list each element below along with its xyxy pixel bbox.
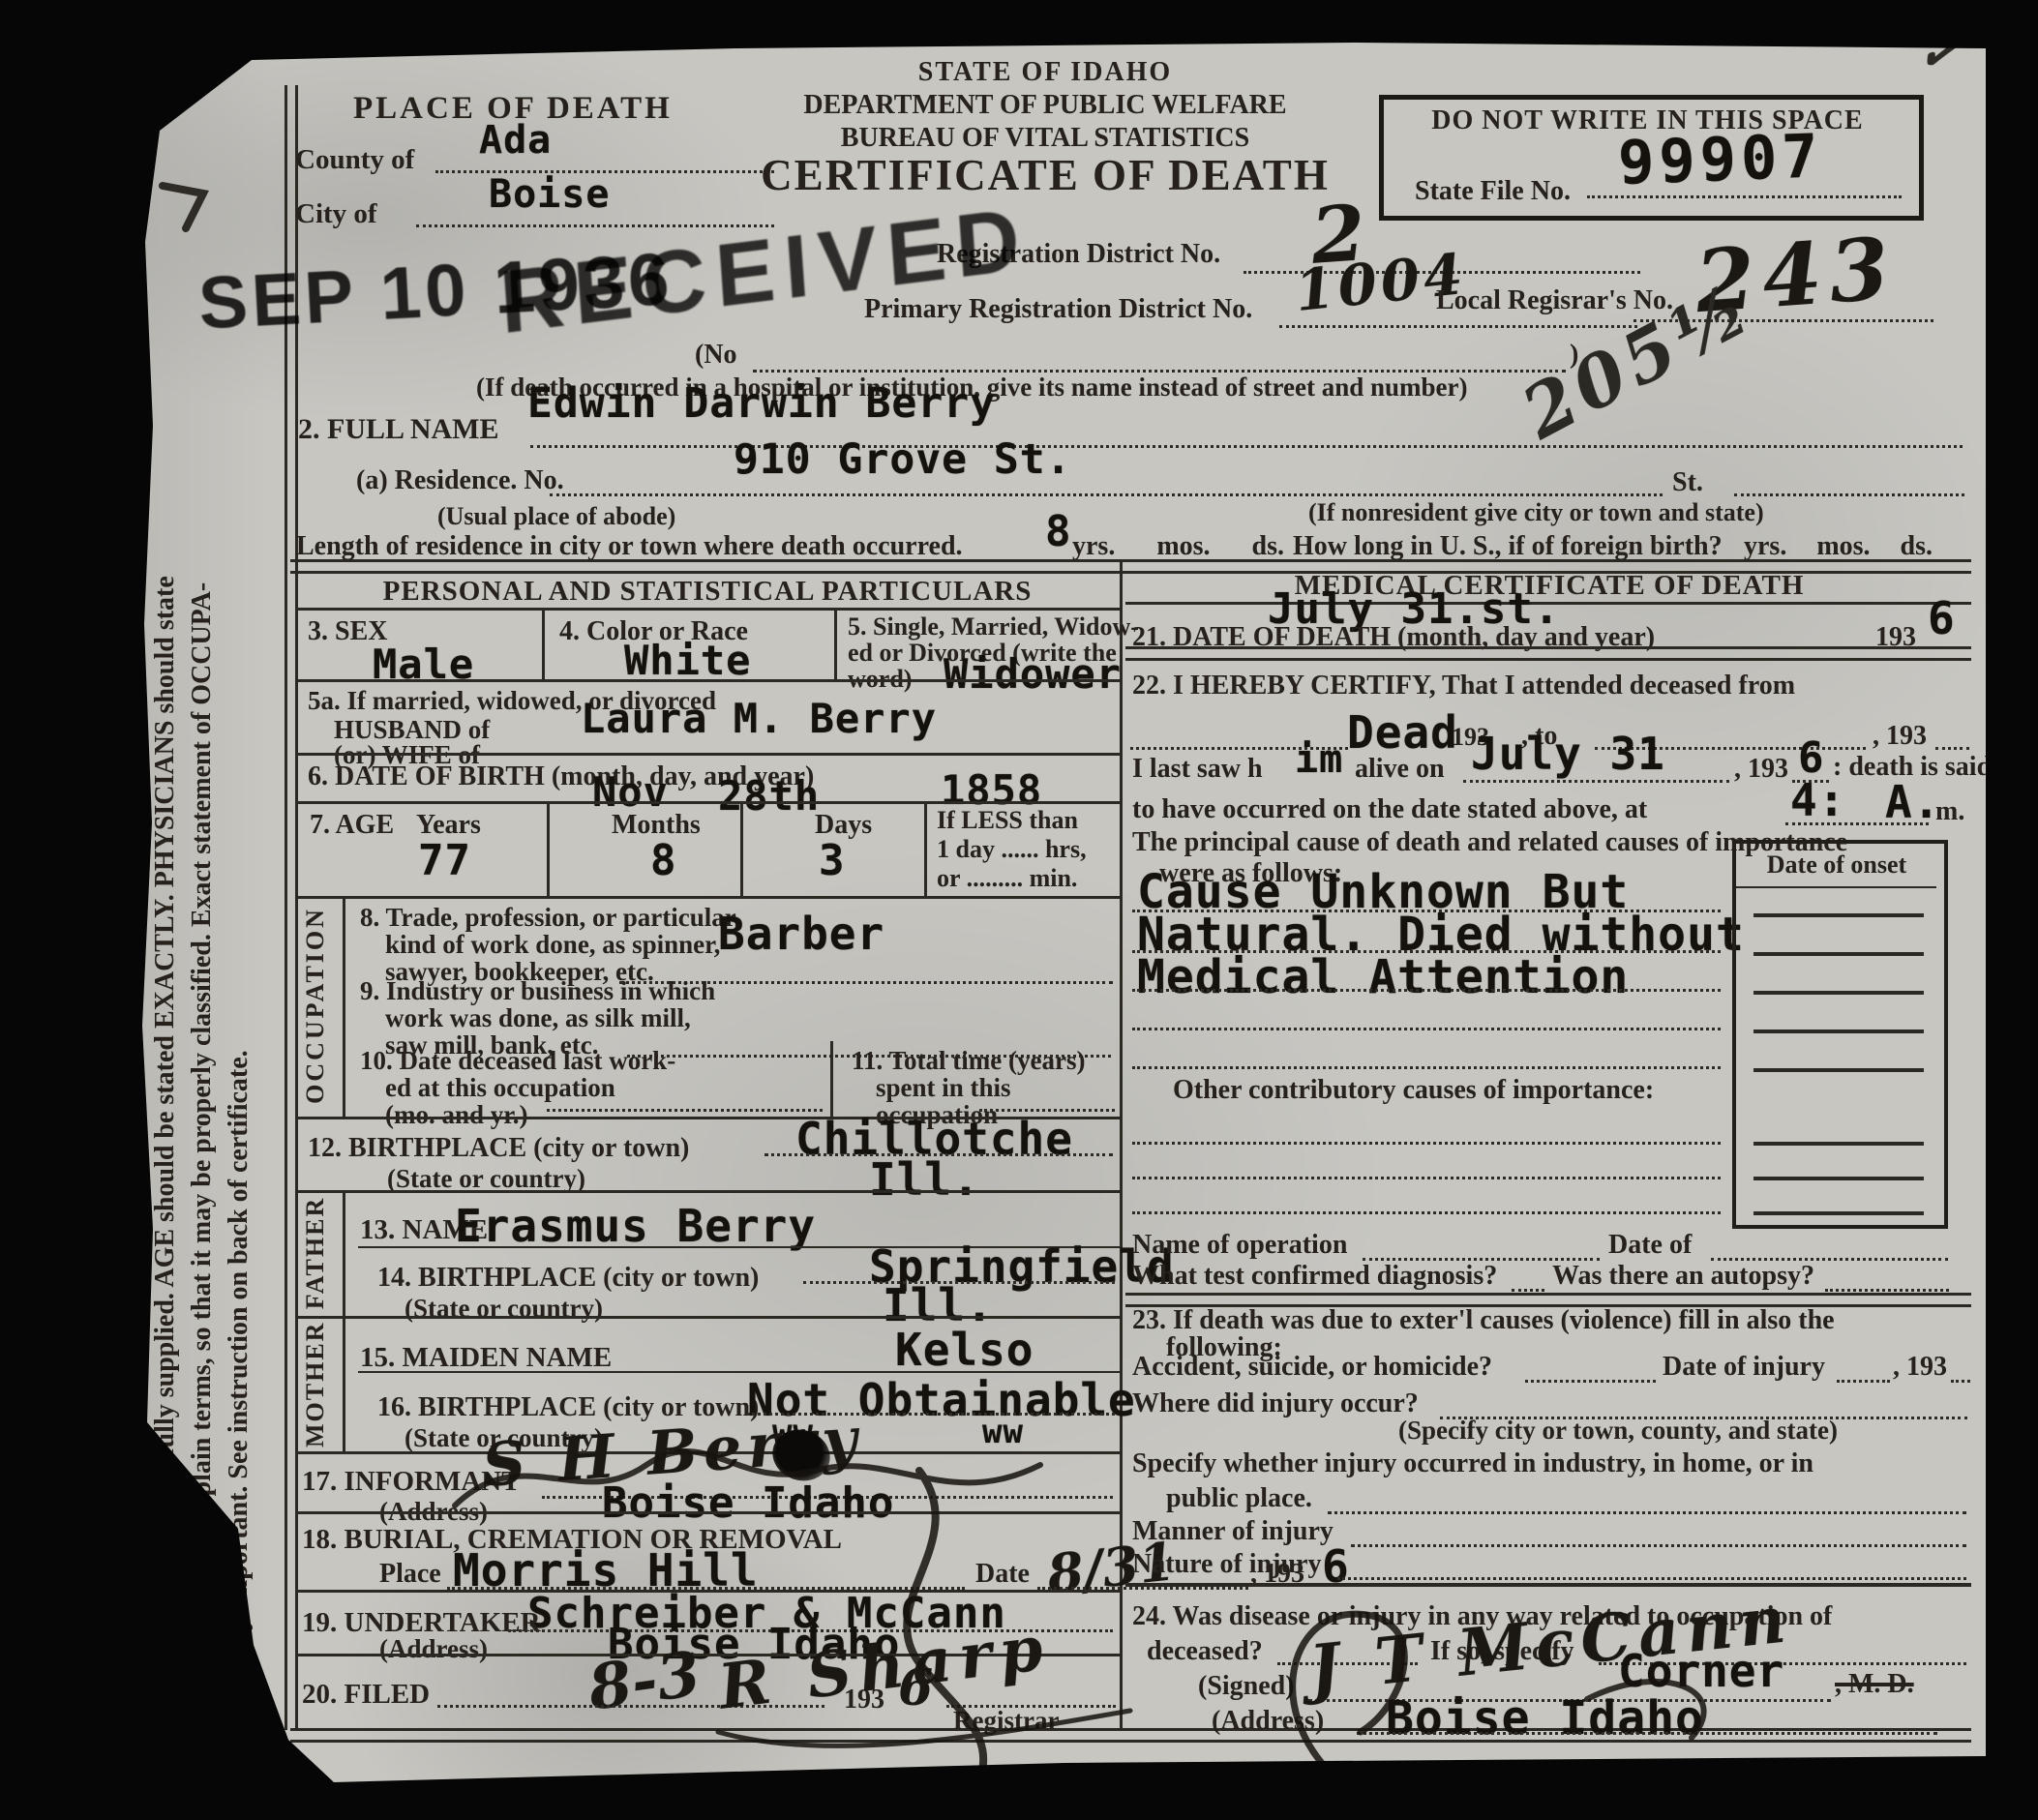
margin-binding-label: MARGIN RESERVED FOR BINDING [72, 247, 106, 1514]
industry-label-1: 9. Industry or business in which [360, 977, 715, 1004]
last-saw-pre: I last saw h [1132, 755, 1263, 783]
burial-date-label: Date [975, 1560, 1030, 1588]
injury-193: , 193 [1893, 1353, 1947, 1381]
attended-193b: , 193 [1873, 722, 1927, 750]
test-line [1512, 1289, 1544, 1292]
city-label: City of [295, 199, 377, 228]
state-file-line [1587, 195, 1902, 198]
cell-divider [542, 608, 545, 679]
undertaker-sublabel: (Address) [379, 1635, 488, 1662]
death-hour-value: 4: [1790, 774, 1845, 826]
strikeover-mark-2: ww [982, 1413, 1024, 1451]
burial-place-label: Place [379, 1560, 441, 1588]
length-of-residence-value: 8 [1045, 507, 1072, 556]
cause-line [1132, 1066, 1721, 1069]
primary-district-line [1279, 325, 1637, 328]
nature-label: Nature of injury [1132, 1550, 1321, 1578]
rule [1125, 1583, 1971, 1587]
side-label-divider [343, 1190, 345, 1316]
operation-label: Name of operation [1132, 1231, 1347, 1259]
total-time-line [979, 1109, 1115, 1112]
st-label: St. [1672, 468, 1703, 496]
registrar-label: Registrar [953, 1707, 1059, 1734]
spouse-value: Laura M. Berry [581, 695, 937, 742]
last-saw-mid: alive on [1355, 755, 1445, 783]
maiden-name-value: Kelso [895, 1324, 1034, 1376]
nature-line [1337, 1577, 1966, 1580]
marital-value: Widower [944, 650, 1122, 698]
physician-address-line [1357, 1732, 1937, 1735]
accident-line [1525, 1380, 1656, 1383]
cell-divider [834, 608, 837, 679]
residence-line-2 [1734, 493, 1964, 496]
form-bottom-rule [290, 1728, 1971, 1743]
external-causes-line1: 23. If death was due to exter'l causes (… [1132, 1306, 1835, 1334]
age-label: 7. AGE [310, 811, 394, 839]
side-label-divider [343, 1316, 345, 1451]
occupation-value: Barber [718, 908, 884, 960]
contrib-line [1132, 1142, 1721, 1145]
injury-date-label: Date of injury [1663, 1353, 1825, 1381]
total-time-label-2: spent in this [876, 1074, 1011, 1101]
injury-193-line [1951, 1380, 1970, 1383]
where-injury-sublabel: (Specify city or town, county, and state… [1398, 1417, 1838, 1444]
age-days-label: Days [815, 811, 872, 839]
age-months-label: Months [612, 811, 701, 839]
onset-dash [1753, 1177, 1924, 1180]
rule-thin [358, 1371, 1120, 1373]
onset-dash [1753, 1211, 1924, 1215]
manner-label: Manner of injury [1132, 1517, 1334, 1545]
rule [295, 896, 1120, 899]
cause-of-death-line3: Medical Attention [1137, 950, 1629, 1004]
public-place-line [1328, 1511, 1966, 1514]
age-years-label: Years [416, 811, 481, 839]
county-label: County of [295, 145, 414, 174]
test-label: What test confirmed diagnosis? [1132, 1262, 1497, 1290]
age-months-value: 8 [650, 836, 677, 885]
attended-from-value: Dead [1347, 706, 1458, 759]
last-worked-label-1: 10. Date deceased last work- [360, 1047, 675, 1074]
last-worked-label-3: (mo. and yr.) [385, 1101, 528, 1128]
less-than-label-2: 1 day ...... hrs, [937, 836, 1087, 862]
cell-divider [547, 801, 550, 896]
industry-injury-label: Specify whether injury occurred in indus… [1132, 1449, 1813, 1477]
rule [295, 608, 1120, 611]
cell-divider [740, 801, 743, 896]
death-ampm-value: A. [1885, 776, 1940, 828]
contrib-line [1132, 1211, 1721, 1214]
full-name-value: Edwin Darwin Berry [527, 379, 996, 428]
rule [295, 1511, 1120, 1514]
occurred-line: to have occurred on the date stated abov… [1132, 795, 1647, 823]
undertaker-label: 19. UNDERTAKER [302, 1608, 541, 1637]
onset-dash [1753, 1068, 1924, 1072]
personal-heading: PERSONAL AND STATISTICAL PARTICULARS [295, 577, 1120, 606]
local-registrar-label: Local Regisrar's No. [1436, 286, 1673, 314]
department-line: DEPARTMENT OF PUBLIC WELFARE [677, 91, 1413, 119]
residence-value: 910 Grove St. [734, 435, 1072, 484]
length-of-residence-label: Length of residence in city or town wher… [296, 532, 963, 560]
onset-dash [1753, 1029, 1924, 1033]
less-than-label-1: If LESS than [937, 807, 1078, 833]
autopsy-label: Was there an autopsy? [1552, 1262, 1814, 1290]
last-worked-label-2: ed at this occupation [385, 1074, 615, 1101]
industry-label-2: work was done, as silk mill, [385, 1004, 691, 1031]
manner-line [1351, 1544, 1966, 1547]
state-file-label: State File No. [1415, 177, 1571, 205]
checkmark-annotation: ✓ [1913, 18, 1966, 86]
injury-date-line [1837, 1380, 1890, 1383]
state-line: STATE OF IDAHO [677, 58, 1413, 86]
date-of-onset-label: Date of onset [1734, 851, 1939, 878]
last-saw-him: im [1295, 737, 1343, 782]
autopsy-line [1825, 1289, 1949, 1292]
filed-date-value: 8-3 [584, 1637, 704, 1724]
filed-label: 20. FILED [302, 1680, 430, 1709]
certificate-paper: MARGIN RESERVED FOR BINDING N. B.—WRITE … [0, 0, 2038, 1820]
father-side-label: FATHER [302, 1194, 328, 1312]
occupation-side-label: OCCUPATION [302, 900, 328, 1111]
margin-note-line1: N. B.—WRITE PLAINLY, WITH UNFADING INK—T… [112, 66, 140, 1769]
rule [295, 1316, 1120, 1319]
where-injury-label: Where did injury occur? [1132, 1389, 1419, 1417]
occupation-label-1: 8. Trade, profession, or particular [360, 904, 736, 931]
bureau-line: BUREAU OF VITAL STATISTICS [677, 124, 1413, 152]
city-value: Boise [489, 172, 610, 217]
mother-side-label: MOTHER [302, 1322, 328, 1447]
birthplace-state-value: Ill. [869, 1153, 980, 1206]
cause-line [1132, 989, 1721, 992]
onset-dash [1753, 1142, 1924, 1146]
contributory-label: Other contributory causes of importance: [1173, 1076, 1654, 1104]
date-of-death-year-value: 6 [1928, 592, 1956, 644]
attended-193b-line [1935, 747, 1969, 750]
cell-divider [830, 1041, 833, 1117]
onset-dash [1753, 913, 1924, 917]
last-saw-193c: , 193 [1734, 755, 1788, 783]
dob-month: Nov [592, 768, 669, 816]
death-m-label: m. [1935, 797, 1964, 825]
abode-note: (Usual place of abode) [437, 503, 675, 529]
last-saw-line [1463, 780, 1729, 783]
cause-line [1132, 1028, 1721, 1030]
accident-label: Accident, suicide, or homicide? [1132, 1353, 1492, 1381]
state-file-number: 99907 [1617, 120, 1824, 197]
maiden-name-label: 15. MAIDEN NAME [360, 1343, 612, 1372]
signed-label: (Signed) [1198, 1672, 1295, 1700]
public-place-label: public place. [1166, 1484, 1312, 1512]
length-units-1: yrs. mos. ds. [1072, 532, 1284, 560]
age-years-value: 77 [418, 836, 471, 885]
marital-label-1: 5. Single, Married, Widow- [848, 613, 1139, 640]
length-question: How long in U. S., if of foreign birth? [1293, 532, 1723, 560]
birthplace-label: 12. BIRTHPLACE (city or town) [308, 1134, 689, 1162]
physician-address-value: Boise Idaho [1386, 1691, 1704, 1745]
less-than-label-3: or ......... min. [937, 865, 1077, 891]
birthplace-sublabel: (State or country) [387, 1165, 585, 1192]
residence-label: (a) Residence. No. [356, 466, 564, 494]
residence-line [550, 493, 1663, 496]
total-time-label-1: 11. Total time (years) [852, 1047, 1085, 1074]
onset-dash [1753, 991, 1924, 995]
race-value: White [624, 637, 751, 684]
full-name-label: 2. FULL NAME [298, 414, 499, 445]
certify-line: 22. I HEREBY CERTIFY, That I attended de… [1132, 671, 1795, 700]
scanned-death-certificate: MARGIN RESERVED FOR BINDING N. B.—WRITE … [0, 0, 2038, 1820]
side-label-divider [343, 896, 345, 1117]
contrib-line [1132, 1177, 1721, 1179]
operation-date-label: Date of [1608, 1231, 1692, 1259]
dob-day: 28th [718, 772, 820, 820]
last-saw-date-value: July 31 [1471, 728, 1665, 780]
cell-divider [924, 801, 927, 896]
length-units-2: yrs. mos. ds. [1744, 532, 1933, 560]
onset-dash [1753, 952, 1924, 956]
rule [295, 753, 1120, 756]
father-birthplace-label: 14. BIRTHPLACE (city or town) [377, 1264, 759, 1292]
physician-address-label: (Address) [1212, 1707, 1324, 1735]
father-name-value: Erasmus Berry [455, 1200, 816, 1252]
margin-pen-mark [75, 85, 85, 122]
nonresident-note: (If nonresident give city or town and st… [1308, 499, 1764, 525]
rule-double [1125, 646, 1971, 661]
last-worked-line [547, 1109, 823, 1112]
county-value: Ada [479, 118, 552, 163]
onset-rule [1736, 886, 1936, 888]
no-paren-open: (No [695, 341, 737, 369]
occupation-related-line2: deceased? [1147, 1637, 1263, 1665]
date-of-onset-box [1732, 840, 1948, 1229]
md-label: , M. D. [1835, 1670, 1914, 1698]
rule [295, 801, 1120, 804]
margin-note-line2: information should be carefully supplied… [151, 66, 179, 1769]
age-days-value: 3 [819, 836, 846, 885]
rule [295, 1190, 1120, 1193]
rule [295, 679, 1120, 682]
occupation-label-2: kind of work done, as spinner, [385, 931, 720, 958]
